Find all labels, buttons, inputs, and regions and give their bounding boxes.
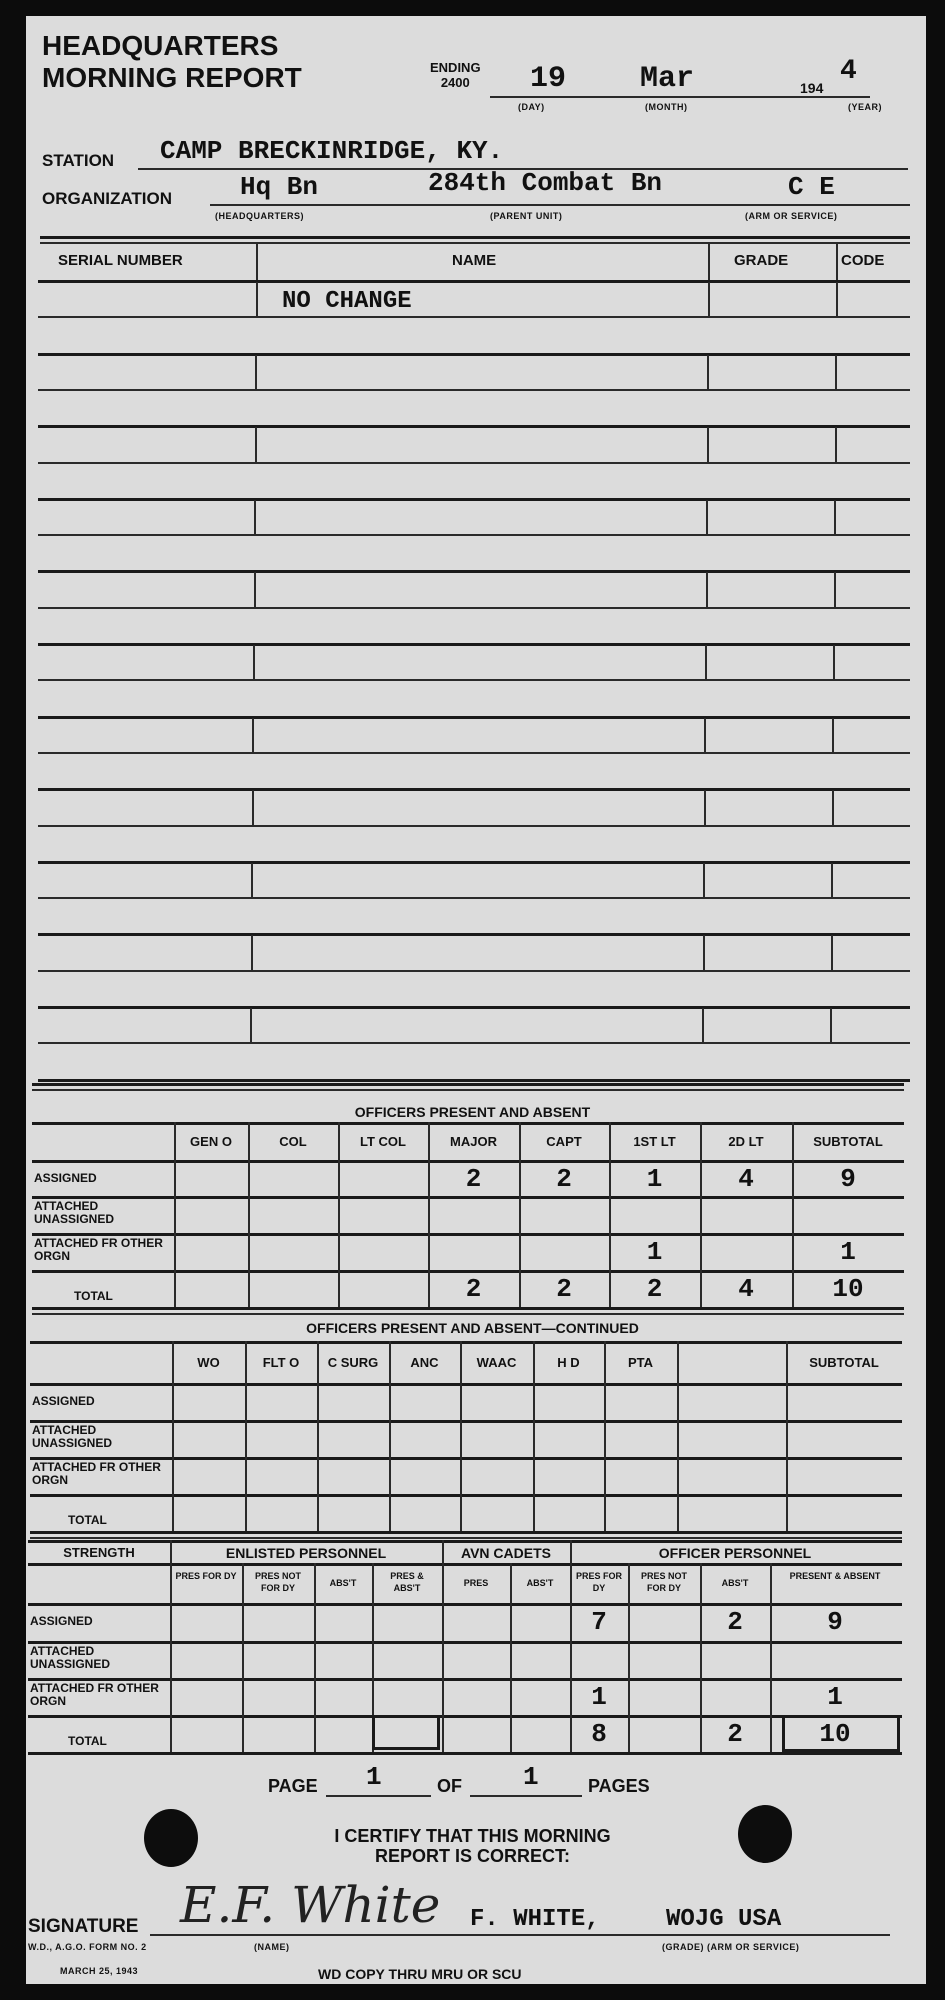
strength-group-header: AVN CADETS <box>442 1545 570 1561</box>
roster-row-rule <box>38 316 910 318</box>
officers-cell-value: 2 <box>519 1274 609 1304</box>
month-value: Mar <box>640 62 694 96</box>
officers-col-header: 1ST LT <box>609 1134 700 1149</box>
roster-col-divider <box>708 282 710 318</box>
officers-cont-col-header: WO <box>172 1355 245 1370</box>
title-line-1: HEADQUARTERS <box>42 30 302 62</box>
form-number: W.D., A.G.O. FORM NO. 2 <box>28 1942 147 1952</box>
officers-cont-row-rule <box>30 1420 902 1423</box>
officers-row-rule <box>32 1160 904 1163</box>
roster-row-rule <box>38 425 910 428</box>
officers-cell-value: 1 <box>792 1237 904 1267</box>
officers-cell-value: 2 <box>428 1274 519 1304</box>
roster-col-divider <box>254 572 256 608</box>
title-line-2: MORNING REPORT <box>42 62 302 94</box>
roster-top-rule-2 <box>40 242 910 244</box>
officers-row-label: ASSIGNED <box>34 1172 164 1185</box>
roster-col-divider <box>706 572 708 608</box>
roster-row-rule <box>38 716 910 719</box>
page-number: 1 <box>366 1762 382 1792</box>
org-arm-service: C E <box>788 172 835 202</box>
strength-cell-value: 1 <box>570 1682 628 1712</box>
officers-cell-value: 2 <box>609 1274 700 1304</box>
year-prefix: 194 <box>800 80 823 96</box>
roster-row-rule <box>38 1042 910 1044</box>
strength-cell-value: 10 <box>770 1719 900 1749</box>
roster-col-divider <box>707 355 709 391</box>
roster-row-rule <box>38 462 910 464</box>
roster-col-divider <box>833 645 835 681</box>
strength-group-divider <box>442 1540 444 1752</box>
strength-subcolumn-header: ABS'T <box>510 1577 570 1589</box>
officers-cont-row-label: ATTACHED FR OTHER ORGN <box>32 1461 162 1487</box>
strength-cell-value: 2 <box>700 1607 770 1637</box>
roster-col-divider <box>836 282 838 318</box>
roster-col-divider <box>252 718 254 754</box>
officers-cell-value: 4 <box>700 1274 792 1304</box>
enlisted-total-box <box>372 1715 440 1750</box>
roster-col-divider <box>834 500 836 536</box>
strength-sub-divider <box>314 1563 316 1752</box>
col-code: CODE <box>841 252 884 269</box>
roster-col-divider <box>831 863 833 899</box>
strength-row-rule <box>28 1540 902 1543</box>
officers-top-rule <box>32 1083 904 1086</box>
strength-sub-divider <box>510 1563 512 1752</box>
officers-continued-title: OFFICERS PRESENT AND ABSENT—CONTINUED <box>0 1320 945 1336</box>
strength-group-header: OFFICER PERSONNEL <box>570 1545 900 1561</box>
roster-row-rule <box>38 1079 910 1082</box>
officers-row-label: ATTACHED UNASSIGNED <box>34 1200 164 1226</box>
roster-col-divider <box>253 645 255 681</box>
officers-cell-value: 4 <box>700 1164 792 1194</box>
officers-bottom-rule-2 <box>32 1313 904 1315</box>
strength-row-label: ATTACHED FR OTHER ORGN <box>30 1682 160 1708</box>
officers-col-header: LT COL <box>338 1134 428 1149</box>
strength-subcolumn-header: PRES FOR DY <box>570 1570 628 1594</box>
officers-row-label: TOTAL <box>34 1290 204 1303</box>
strength-row-label: ASSIGNED <box>30 1615 160 1628</box>
roster-header-divider <box>256 243 258 280</box>
strength-row-label: ATTACHED UNASSIGNED <box>30 1645 160 1671</box>
roster-col-divider <box>704 718 706 754</box>
org-parent-unit: 284th Combat Bn <box>428 168 662 198</box>
roster-col-divider <box>704 790 706 826</box>
org-headquarters: Hq Bn <box>240 172 318 202</box>
certify-line-2: REPORT IS CORRECT: <box>0 1846 945 1866</box>
roster-col-divider <box>707 427 709 463</box>
roster-row-rule <box>38 970 910 972</box>
roster-col-divider <box>255 427 257 463</box>
roster-top-rule <box>40 236 910 239</box>
parent-unit-caption: (PARENT UNIT) <box>490 211 562 221</box>
officers-row-rule <box>32 1122 904 1125</box>
total-pages: 1 <box>523 1762 539 1792</box>
of-label: OF <box>437 1776 462 1797</box>
officers-cont-col-header: FLT O <box>245 1355 317 1370</box>
officers-cell-value: 1 <box>609 1164 700 1194</box>
roster-row-rule <box>38 825 910 827</box>
year-digit: 4 <box>840 56 857 87</box>
officers-cont-col-header: H D <box>533 1355 604 1370</box>
certification-text: I CERTIFY THAT THIS MORNING REPORT IS CO… <box>0 1826 945 1866</box>
organization-rule <box>210 204 910 206</box>
strength-cell-value: 7 <box>570 1607 628 1637</box>
roster-row-rule <box>38 897 910 899</box>
officers-cont-row-label: ATTACHED UNASSIGNED <box>32 1424 162 1450</box>
roster-col-divider <box>252 790 254 826</box>
roster-row-rule <box>38 752 910 754</box>
roster-entry: NO CHANGE <box>282 288 412 315</box>
officers-cont-row-rule <box>30 1341 902 1344</box>
officers-cell-value: 1 <box>609 1237 700 1267</box>
roster-col-divider <box>250 1008 252 1044</box>
col-name: NAME <box>452 252 496 269</box>
roster-col-divider <box>834 572 836 608</box>
officers-cell-value: 10 <box>792 1274 904 1304</box>
officers-col-header: GEN O <box>174 1134 248 1149</box>
pages-label: PAGES <box>588 1776 650 1797</box>
of-rule <box>470 1795 582 1797</box>
strength-row-rule <box>28 1752 902 1755</box>
page-rule <box>326 1795 431 1797</box>
officers-row-rule <box>32 1270 904 1273</box>
grade-service: WOJG USA <box>666 1906 781 1933</box>
col-grade: GRADE <box>734 252 788 269</box>
roster-row-rule <box>38 861 910 864</box>
roster-row-rule <box>38 389 910 391</box>
officers-col-header: COL <box>248 1134 338 1149</box>
officers-top-rule-2 <box>32 1089 904 1091</box>
officers-cont-col-header: SUBTOTAL <box>786 1355 902 1370</box>
officers-cont-row-rule <box>30 1383 902 1386</box>
roster-row-rule <box>38 534 910 536</box>
roster-col-divider <box>832 790 834 826</box>
roster-header-divider <box>836 243 838 280</box>
roster-col-divider <box>831 935 833 971</box>
officers-col-divider <box>338 1122 340 1307</box>
roster-col-divider <box>705 645 707 681</box>
officers-title: OFFICERS PRESENT AND ABSENT <box>0 1104 945 1120</box>
officers-col-divider <box>248 1122 250 1307</box>
name-caption: (NAME) <box>254 1942 290 1952</box>
officers-cell-value: 2 <box>428 1164 519 1194</box>
roster-col-divider <box>254 500 256 536</box>
roster-col-divider <box>703 863 705 899</box>
officers-cont-col-divider <box>677 1341 679 1531</box>
officers-cont-row-rule <box>30 1531 902 1534</box>
roster-row-rule <box>38 643 910 646</box>
arm-caption: (ARM OR SERVICE) <box>745 211 837 221</box>
roster-col-divider <box>256 282 258 318</box>
roster-col-divider <box>702 1008 704 1044</box>
officers-cont-col-header: PTA <box>604 1355 677 1370</box>
typed-name: F. WHITE, <box>470 1906 600 1933</box>
grade-caption: (GRADE) (ARM OR SERVICE) <box>662 1942 799 1952</box>
year-caption: (YEAR) <box>848 102 882 112</box>
roster-col-divider <box>251 935 253 971</box>
officers-col-header: SUBTOTAL <box>792 1134 904 1149</box>
strength-cell-value: 1 <box>770 1682 900 1712</box>
roster-col-divider <box>703 935 705 971</box>
ending-label: ENDING 2400 <box>430 60 481 90</box>
roster-row-rule <box>38 607 910 609</box>
roster-header-rule <box>38 280 910 283</box>
roster-row-rule <box>38 1006 910 1009</box>
roster-header-divider <box>708 243 710 280</box>
officers-col-header: MAJOR <box>428 1134 519 1149</box>
day-caption: (DAY) <box>518 102 545 112</box>
signature-rule <box>150 1934 890 1936</box>
officers-cont-row-label: TOTAL <box>32 1514 198 1527</box>
strength-subcolumn-header: ABS'T <box>700 1577 770 1589</box>
strength-subcolumn-header: ABS'T <box>314 1577 372 1589</box>
strength-group-header: ENLISTED PERSONNEL <box>170 1545 442 1561</box>
strength-subcolumn-header: PRES NOT FOR DY <box>242 1570 314 1594</box>
roster-row-rule <box>38 570 910 573</box>
station-label: STATION <box>42 151 114 171</box>
strength-label: STRENGTH <box>28 1545 170 1560</box>
strength-subcolumn-header: PRES FOR DY <box>170 1570 242 1582</box>
strength-cell-value: 9 <box>770 1607 900 1637</box>
officers-col-divider <box>174 1122 176 1307</box>
strength-subcolumn-header: PRES NOT FOR DY <box>628 1570 700 1594</box>
form-title: HEADQUARTERS MORNING REPORT <box>42 30 302 94</box>
officers-col-header: CAPT <box>519 1134 609 1149</box>
ending-label-1: ENDING <box>430 60 481 75</box>
officers-cont-col-header: ANC <box>389 1355 460 1370</box>
officers-row-rule <box>32 1196 904 1199</box>
roster-row-rule <box>38 353 910 356</box>
page-label: PAGE <box>268 1776 318 1797</box>
officers-cont-bottom-rule-2 <box>30 1537 902 1539</box>
officers-cont-col-header: C SURG <box>317 1355 389 1370</box>
roster-col-divider <box>255 355 257 391</box>
ending-label-2: 2400 <box>430 75 481 90</box>
officers-row-rule <box>32 1307 904 1310</box>
day-value: 19 <box>530 62 566 96</box>
roster-col-divider <box>832 718 834 754</box>
date-rule <box>490 96 870 98</box>
month-caption: (MONTH) <box>645 102 688 112</box>
organization-label: ORGANIZATION <box>42 189 172 209</box>
officers-cell-value: 2 <box>519 1164 609 1194</box>
roster-row-rule <box>38 498 910 501</box>
station-value: CAMP BRECKINRIDGE, KY. <box>160 136 503 166</box>
roster-col-divider <box>835 427 837 463</box>
strength-subcolumn-header: PRES <box>442 1577 510 1589</box>
roster-col-divider <box>830 1008 832 1044</box>
officers-cont-col-header: WAAC <box>460 1355 533 1370</box>
col-serial-number: SERIAL NUMBER <box>58 252 183 269</box>
form-date: MARCH 25, 1943 <box>60 1966 138 1976</box>
roster-col-divider <box>251 863 253 899</box>
strength-subcolumn-header: PRES & ABS'T <box>372 1570 442 1594</box>
handwritten-signature: E.F. White <box>180 1876 440 1934</box>
headquarters-caption: (HEADQUARTERS) <box>215 211 304 221</box>
officers-cont-row-label: ASSIGNED <box>32 1395 162 1408</box>
signature-label: SIGNATURE <box>28 1916 138 1938</box>
officers-row-label: ATTACHED FR OTHER ORGN <box>34 1237 164 1263</box>
roster-row-rule <box>38 788 910 791</box>
certify-line-1: I CERTIFY THAT THIS MORNING <box>0 1826 945 1846</box>
routing-note: WD COPY THRU MRU OR SCU <box>318 1966 522 1982</box>
roster-row-rule <box>38 679 910 681</box>
strength-row-label: TOTAL <box>30 1735 198 1748</box>
officers-col-header: 2D LT <box>700 1134 792 1149</box>
officers-cell-value: 9 <box>792 1164 904 1194</box>
roster-col-divider <box>835 355 837 391</box>
roster-col-divider <box>706 500 708 536</box>
strength-cell-value: 2 <box>700 1719 770 1749</box>
roster-row-rule <box>38 933 910 936</box>
strength-cell-value: 8 <box>570 1719 628 1749</box>
officers-cont-row-rule <box>30 1494 902 1497</box>
strength-subcolumn-header: PRESENT & ABSENT <box>770 1570 900 1582</box>
